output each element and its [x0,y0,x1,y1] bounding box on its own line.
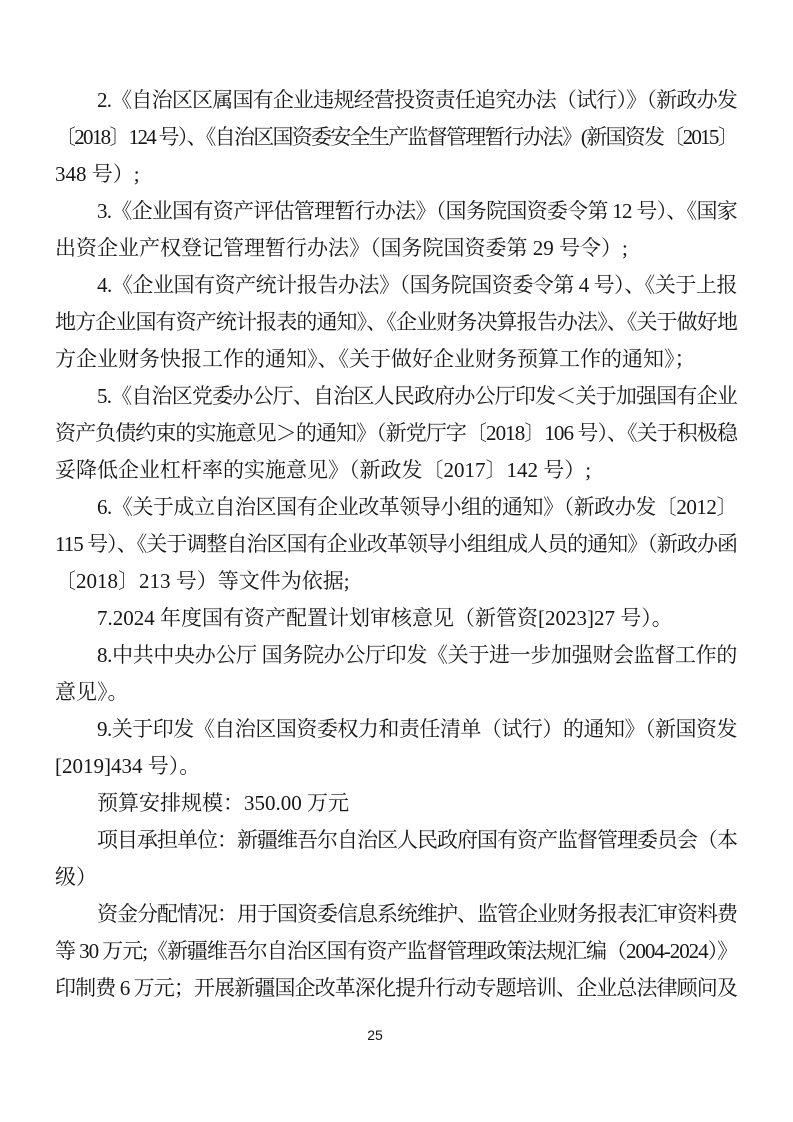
document-page: 2.《自治区区属国有企业违规经营投资责任追究办法（试行）》（新政办发 〔2018… [0,0,793,1122]
doc-line: 6.《关于成立自治区国有企业改革领导小组的通知》（新政办发〔2012〕 [55,489,737,526]
doc-line-text: 2.《自治区区属国有企业违规经营投资责任追究办法（试行）》（新政办发 [97,88,737,112]
doc-line: 348 号）; [55,156,737,193]
doc-line: 出资企业产权登记管理暂行办法》（国务院国资委第 29 号令）; [55,230,737,267]
doc-line: 5.《自治区党委办公厅、自治区人民政府办公厅印发＜关于加强国有企业 [55,378,737,415]
doc-line: 〔2018〕213 号）等文件为依据; [55,563,737,600]
page-number: 25 [0,1026,750,1044]
doc-line: 4.《企业国有资产统计报告办法》（国务院国资委令第 4 号）、《关于上报 [55,267,737,304]
doc-line: 级） [55,859,737,896]
doc-line-text: 预算安排规模：350.00 万元 [97,791,349,815]
doc-line: 115 号）、《关于调整自治区国有企业改革领导小组组成人员的通知》（新政办函 [55,526,737,563]
doc-line: 8.中共中央办公厅 国务院办公厅印发《关于进一步加强财会监督工作的 [55,637,737,674]
doc-line: 7.2024 年度国有资产配置计划审核意见（新管资[2023]27 号）。 [55,600,737,637]
doc-line: [2019]434 号）。 [55,748,737,785]
doc-line: 3.《企业国有资产评估管理暂行办法》（国务院国资委令第 12 号）、《国家 [55,193,737,230]
doc-line-text: 方企业财务快报工作的通知》、《关于做好企业财务预算工作的通知》； [55,347,696,371]
doc-line-text: 3.《企业国有资产评估管理暂行办法》（国务院国资委令第 12 号）、《国家 [97,199,737,223]
doc-line-text: 出资企业产权登记管理暂行办法》（国务院国资委第 29 号令）; [55,236,628,260]
document-body: 2.《自治区区属国有企业违规经营投资责任追究办法（试行）》（新政办发 〔2018… [55,82,737,1007]
doc-line-text: 级） [55,865,97,889]
doc-line: 2.《自治区区属国有企业违规经营投资责任追究办法（试行）》（新政办发 [55,82,737,119]
doc-line-text: 6.《关于成立自治区国有企业改革领导小组的通知》（新政办发〔2012〕 [97,495,737,519]
doc-line-text: 7.2024 年度国有资产配置计划审核意见（新管资[2023]27 号）。 [97,606,673,630]
doc-line: 妥降低企业杠杆率的实施意见》（新政发〔2017〕142 号）; [55,452,737,489]
doc-line-text: 地方企业国有资产统计报表的通知》、《企业财务决算报告办法》、《关于做好地 [55,310,737,334]
doc-line: 〔2018〕124 号）、《自治区国资委安全生产监督管理暂行办法》(新国资发〔2… [55,119,737,156]
doc-line-text: 〔2018〕213 号）等文件为依据; [55,569,350,593]
doc-line-text: 印制费 6 万元；开展新疆国企改革深化提升行动专题培训、企业总法律顾问及 [55,976,737,1000]
doc-line: 方企业财务快报工作的通知》、《关于做好企业财务预算工作的通知》； [55,341,737,378]
doc-line-text: 项目承担单位：新疆维吾尔自治区人民政府国有资产监督管理委员会（本 [97,828,737,852]
doc-line-text: 妥降低企业杠杆率的实施意见》（新政发〔2017〕142 号）; [55,458,591,482]
doc-line-undertaker: 项目承担单位：新疆维吾尔自治区人民政府国有资产监督管理委员会（本 [55,822,737,859]
doc-line: 地方企业国有资产统计报表的通知》、《企业财务决算报告办法》、《关于做好地 [55,304,737,341]
doc-line-text: 资金分配情况：用于国资委信息系统维护、监管企业财务报表汇审资料费 [97,902,737,926]
doc-line-text: 8.中共中央办公厅 国务院办公厅印发《关于进一步加强财会监督工作的 [97,643,737,667]
doc-line-text: 9.关于印发《自治区国资委权力和责任清单（试行）的通知》（新国资发 [97,717,737,741]
doc-line: 等 30 万元;《新疆维吾尔自治区国有资产监督管理政策法规汇编（2004-202… [55,933,737,970]
doc-line-fund-allocation: 资金分配情况：用于国资委信息系统维护、监管企业财务报表汇审资料费 [55,896,737,933]
doc-line-text: 348 号）; [55,162,140,186]
doc-line-budget-scale: 预算安排规模：350.00 万元 [55,785,737,822]
doc-line: 意见》。 [55,674,737,711]
doc-line-text: 意见》。 [55,680,129,704]
doc-line: 资产负债约束的实施意见＞的通知》（新党厅字〔2018〕106 号）、《关于积极稳 [55,415,737,452]
doc-line-text: [2019]434 号）。 [55,754,200,778]
doc-line-text: 资产负债约束的实施意见＞的通知》（新党厅字〔2018〕106 号）、《关于积极稳 [55,421,737,445]
doc-line: 印制费 6 万元；开展新疆国企改革深化提升行动专题培训、企业总法律顾问及 [55,970,737,1007]
doc-line-text: 115 号）、《关于调整自治区国有企业改革领导小组组成人员的通知》（新政办函 [55,532,737,556]
doc-line-text: 4.《企业国有资产统计报告办法》（国务院国资委令第 4 号）、《关于上报 [97,273,737,297]
doc-line: 9.关于印发《自治区国资委权力和责任清单（试行）的通知》（新国资发 [55,711,737,748]
doc-line-text: 等 30 万元;《新疆维吾尔自治区国有资产监督管理政策法规汇编（2004-202… [55,939,737,963]
doc-line-text: 5.《自治区党委办公厅、自治区人民政府办公厅印发＜关于加强国有企业 [97,384,737,408]
doc-line-text: 〔2018〕124 号）、《自治区国资委安全生产监督管理暂行办法》(新国资发〔2… [55,125,737,149]
